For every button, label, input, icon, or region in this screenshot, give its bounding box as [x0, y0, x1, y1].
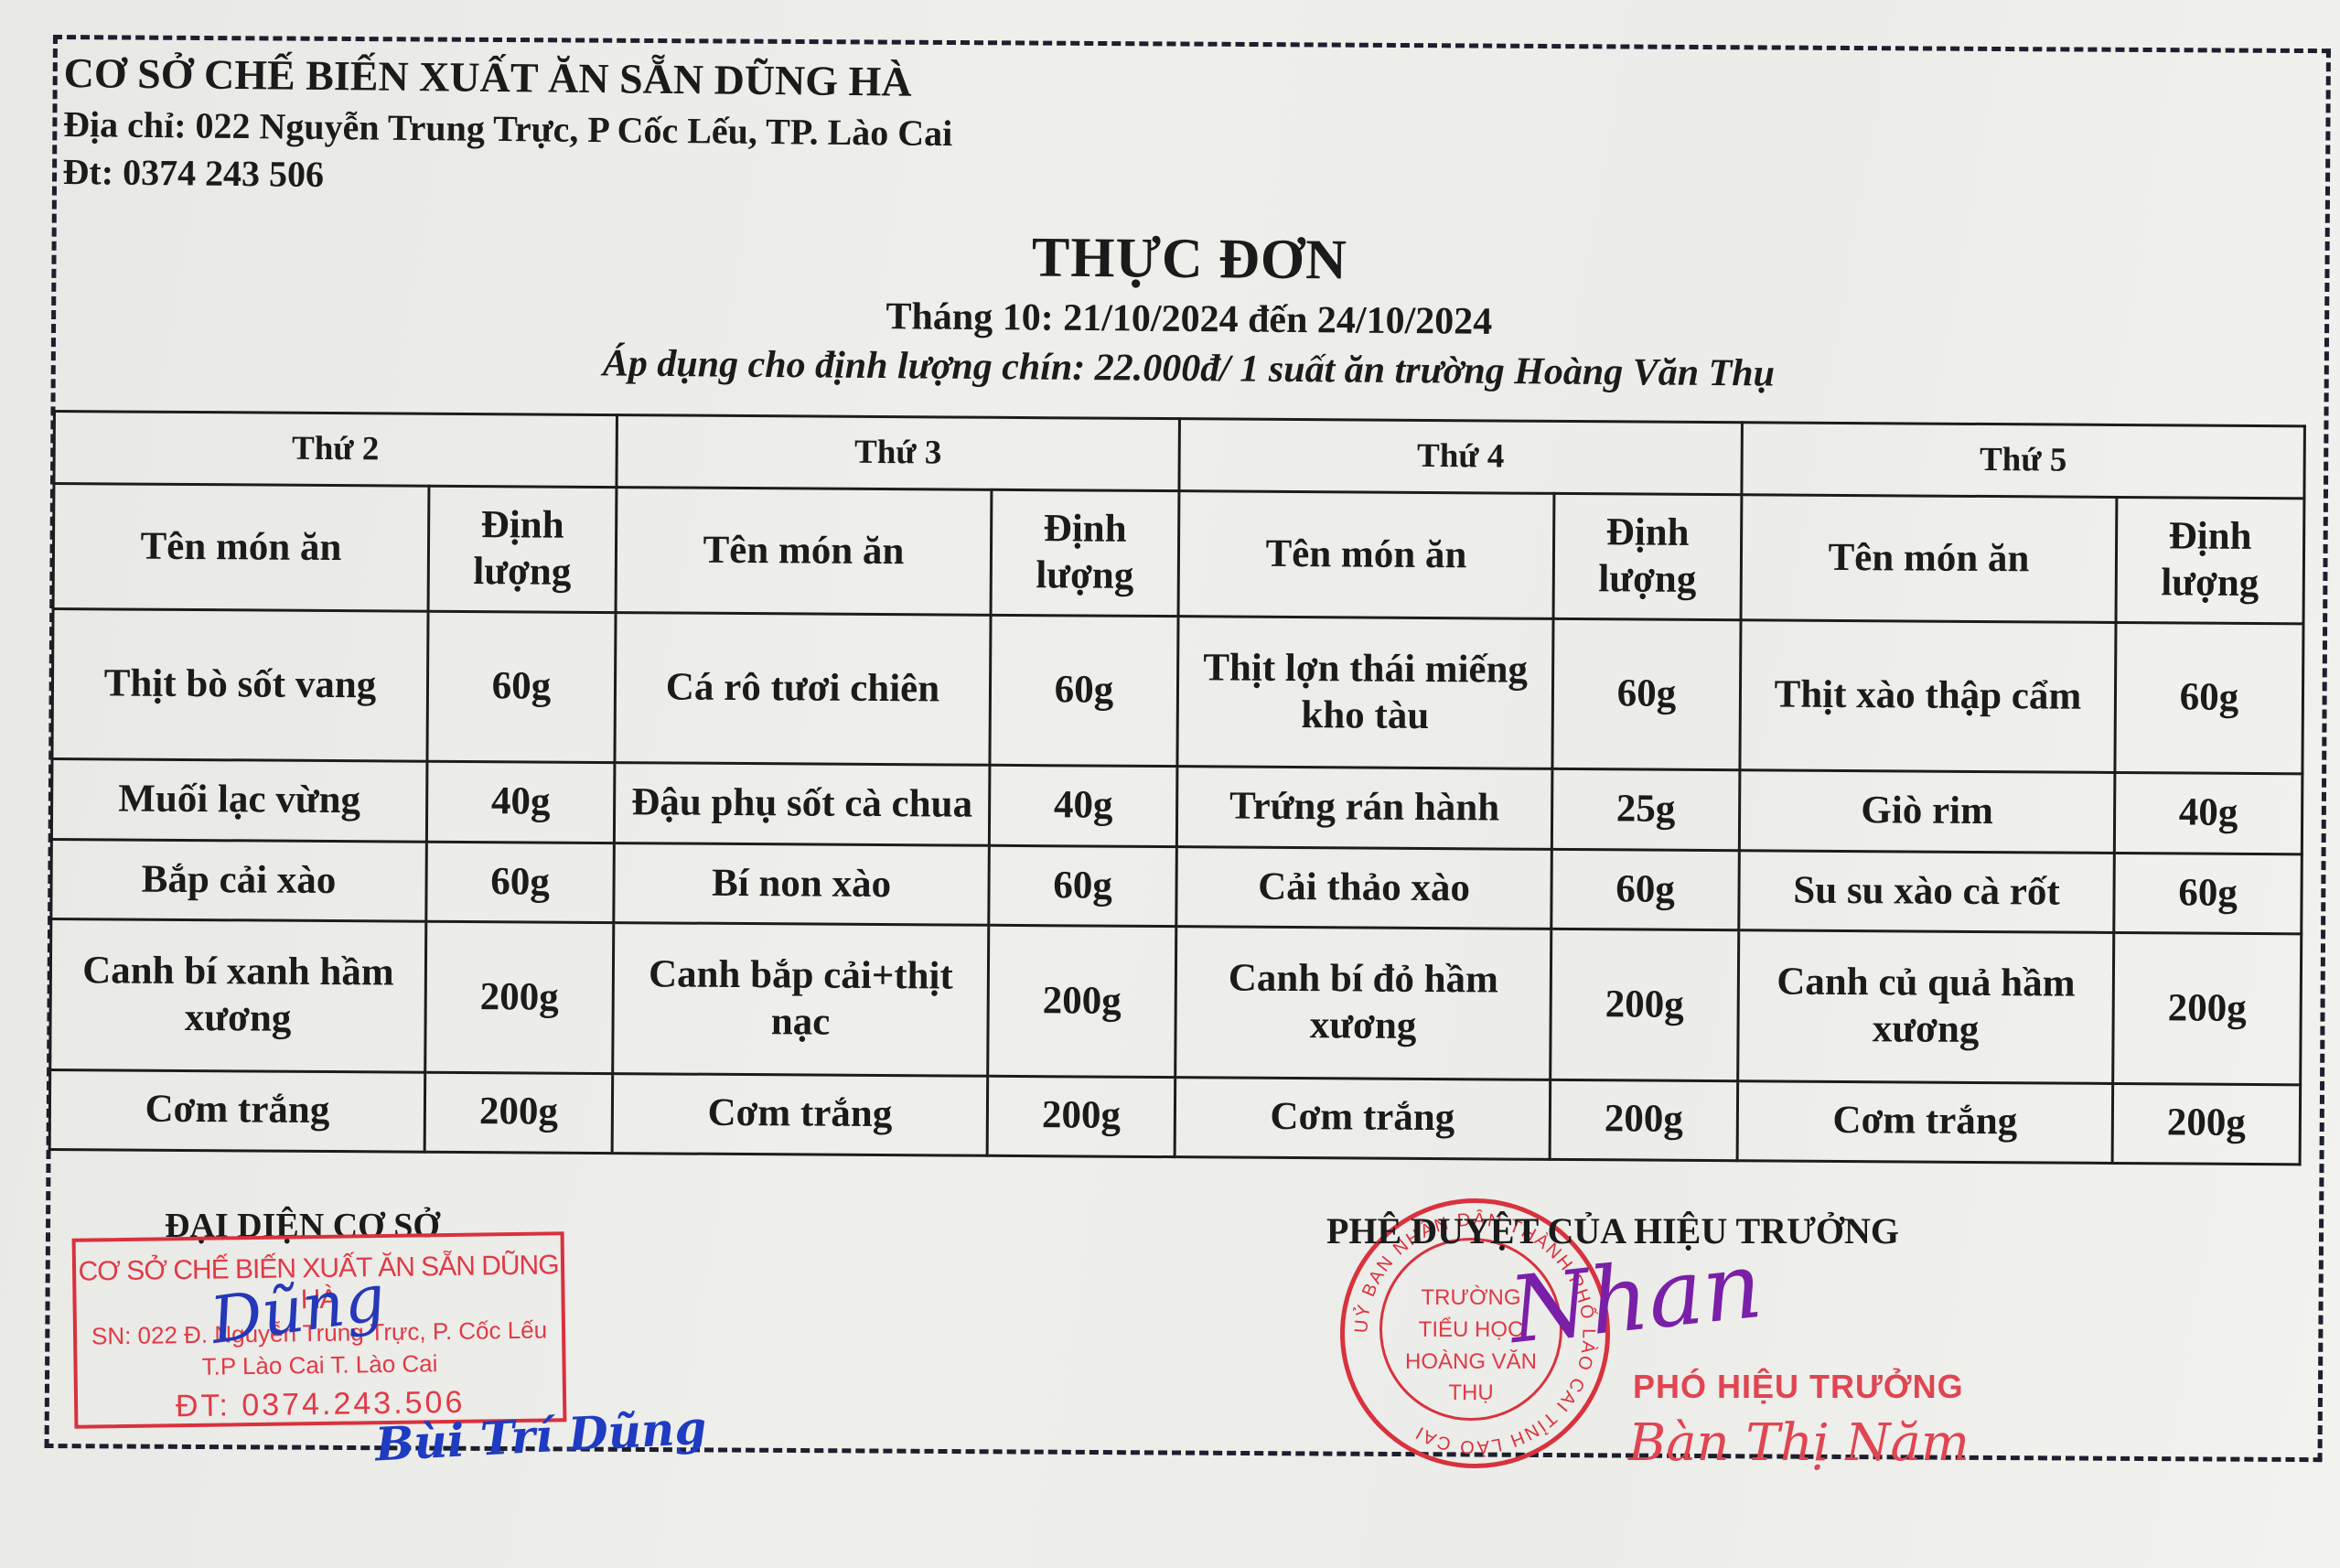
col-dish-name: Tên món ăn	[1741, 495, 2117, 623]
dish-name-cell: Bí non xào	[614, 843, 990, 925]
dish-quantity-cell: 60g	[990, 615, 1178, 767]
dish-quantity-cell: 200g	[2113, 933, 2302, 1085]
column-header-row: Tên món ăn Định lượng Tên món ăn Định lư…	[53, 484, 2304, 624]
dish-quantity-cell: 200g	[2112, 1083, 2301, 1165]
day-header: Thứ 5	[1742, 423, 2305, 499]
dish-quantity-cell: 200g	[987, 1076, 1175, 1157]
dish-name-cell: Cá rô tươi chiên	[615, 613, 991, 766]
dish-name-cell: Thịt xào thập cẩm	[1740, 620, 2116, 773]
dish-quantity-cell: 60g	[426, 842, 615, 923]
dish-quantity-cell: 25g	[1551, 769, 1740, 851]
dish-quantity-cell: 60g	[1552, 618, 1741, 770]
table-row: Muối lạc vừng40gĐậu phụ sốt cà chua40gTr…	[51, 759, 2302, 854]
menu-body: Thịt bò sốt vang60gCá rô tươi chiên60gTh…	[49, 609, 2303, 1165]
dish-quantity-cell: 200g	[1550, 1079, 1738, 1161]
dish-name-cell: Thịt bò sốt vang	[52, 609, 428, 762]
col-dish-name: Tên món ăn	[53, 484, 429, 612]
dish-name-cell: Cơm trắng	[1737, 1080, 2113, 1163]
company-phone: Đt: 0374 243 506	[62, 148, 952, 205]
dish-name-cell: Bắp cải xào	[51, 839, 427, 921]
col-dish-name: Tên món ăn	[616, 488, 992, 616]
menu-table: Thứ 2 Thứ 3 Thứ 4 Thứ 5 Tên món ăn Định …	[48, 410, 2306, 1165]
principal-signer-name: Bàn Thị Năm	[1628, 1413, 1970, 1473]
dish-name-cell: Trứng rán hành	[1176, 767, 1552, 849]
dish-name-cell: Cơm trắng	[1175, 1077, 1551, 1159]
col-quantity: Định lượng	[428, 486, 617, 612]
day-header: Thứ 2	[54, 412, 617, 488]
dish-name-cell: Muối lạc vừng	[51, 759, 427, 842]
dish-name-cell: Canh bí xanh hầm xương	[50, 919, 426, 1072]
stamp-line: T.P Lào Cai T. Lào Cai	[77, 1348, 562, 1382]
dish-quantity-cell: 60g	[427, 611, 616, 763]
dish-quantity-cell: 200g	[988, 926, 1176, 1078]
dish-quantity-cell: 60g	[989, 845, 1177, 927]
table-row: Canh bí xanh hầm xương200gCanh bắp cải+t…	[50, 919, 2302, 1085]
dish-name-cell: Su su xào cà rốt	[1739, 851, 2115, 933]
company-name: CƠ SỞ CHẾ BIẾN XUẤT ĂN SẴN DŨNG HÀ	[63, 46, 953, 110]
col-dish-name: Tên món ăn	[1178, 491, 1554, 619]
table-row: Thịt bò sốt vang60gCá rô tươi chiên60gTh…	[52, 609, 2303, 775]
dish-quantity-cell: 60g	[2114, 853, 2302, 934]
dish-name-cell: Cơm trắng	[612, 1073, 988, 1155]
table-row: Cơm trắng200gCơm trắng200gCơm trắng200gC…	[49, 1069, 2301, 1165]
dish-name-cell: Cải thảo xào	[1176, 846, 1552, 929]
day-header: Thứ 3	[617, 415, 1180, 491]
col-quantity: Định lượng	[1553, 493, 1742, 619]
dish-quantity-cell: 40g	[2114, 773, 2302, 854]
dish-name-cell: Canh bắp cải+thịt nạc	[613, 923, 989, 1076]
table-row: Bắp cải xào60gBí non xào60gCải thảo xào6…	[51, 839, 2302, 934]
col-quantity: Định lượng	[2116, 497, 2304, 623]
dish-quantity-cell: 40g	[989, 766, 1177, 847]
dish-quantity-cell: 40g	[426, 762, 615, 843]
day-header: Thứ 4	[1179, 419, 1743, 495]
dish-quantity-cell: 60g	[2115, 622, 2303, 774]
dish-quantity-cell: 200g	[1551, 929, 1739, 1081]
dish-quantity-cell: 200g	[425, 921, 614, 1073]
menu-period: Tháng 10: 21/10/2024 đến 24/10/2024	[457, 291, 1921, 348]
dish-name-cell: Thịt lợn thái miếng kho tàu	[1177, 617, 1553, 769]
dish-quantity-cell: 60g	[1551, 849, 1740, 930]
title-block: THỰC ĐƠN Tháng 10: 21/10/2024 đến 24/10/…	[456, 220, 1922, 397]
dish-name-cell: Cơm trắng	[49, 1069, 425, 1152]
dish-name-cell: Đậu phụ sốt cà chua	[614, 763, 990, 845]
dish-quantity-cell: 200g	[424, 1072, 613, 1154]
col-quantity: Định lượng	[991, 489, 1179, 616]
signer-role: PHÓ HIỆU TRƯỞNG	[1633, 1368, 1964, 1406]
dish-name-cell: Canh củ quả hầm xương	[1738, 930, 2114, 1083]
dish-name-cell: Giò rim	[1739, 770, 2115, 853]
company-header: CƠ SỞ CHẾ BIẾN XUẤT ĂN SẴN DŨNG HÀ Địa c…	[62, 46, 953, 205]
dish-name-cell: Canh bí đỏ hầm xương	[1175, 927, 1551, 1079]
page-title: THỰC ĐƠN	[457, 220, 1922, 298]
